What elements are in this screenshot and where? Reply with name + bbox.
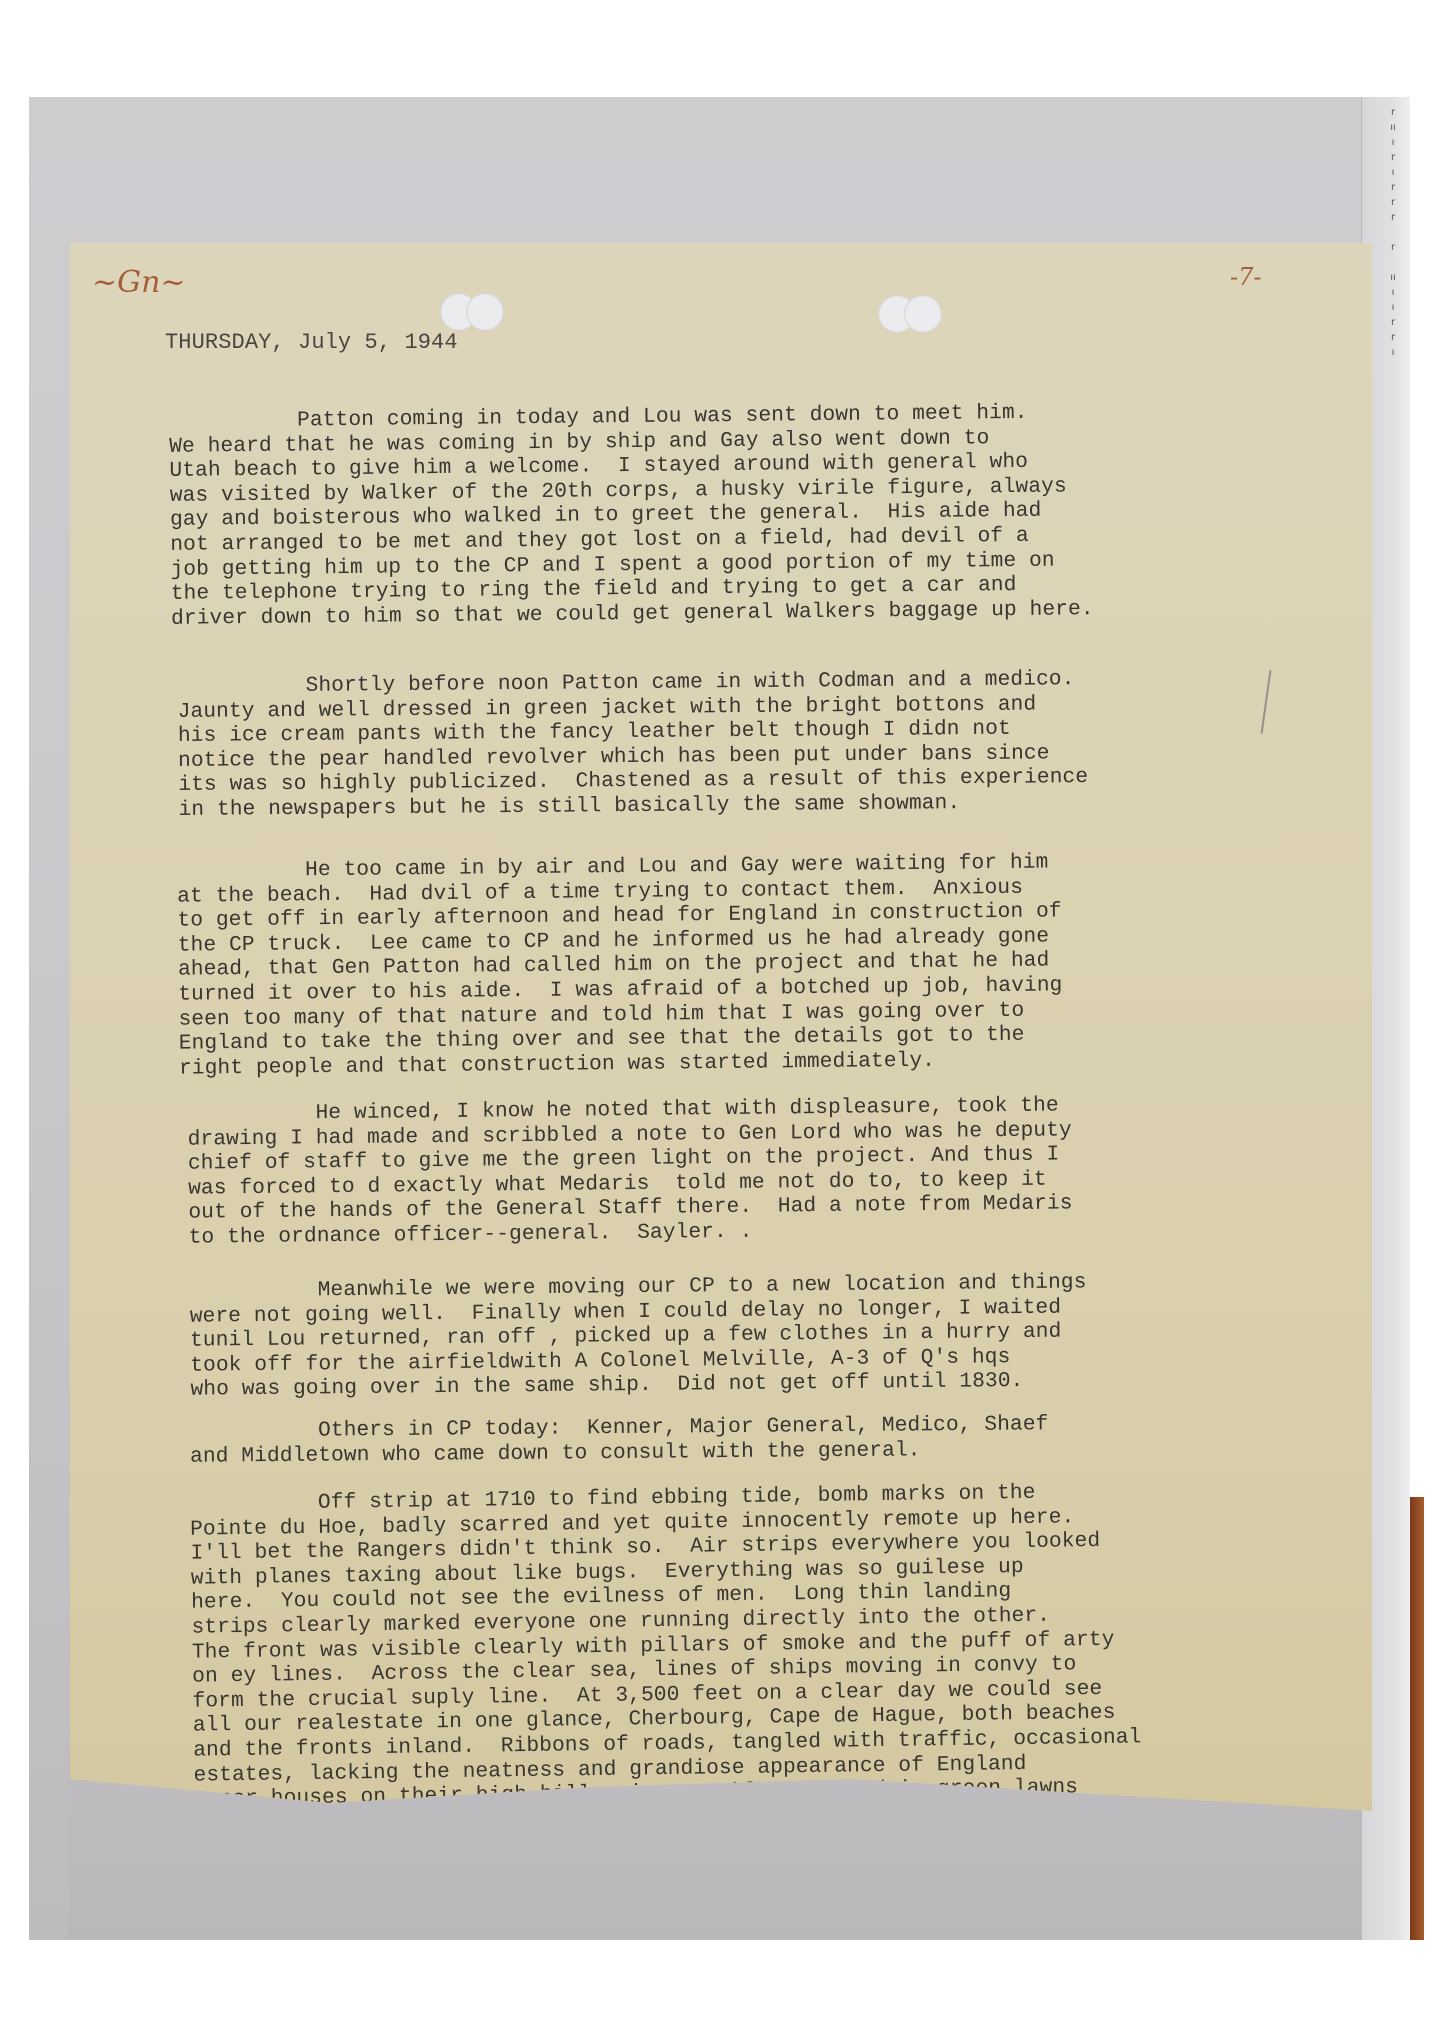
tab-mark: ı <box>1388 345 1398 360</box>
tab-mark: r <box>1388 240 1398 255</box>
tab-mark: ı <box>1388 135 1398 150</box>
tab-mark: ı <box>1388 165 1398 180</box>
paragraph-7: Off strip at 1710 to find ebbing tide, b… <box>190 1479 1143 1837</box>
tab-mark: ı <box>1388 300 1398 315</box>
index-tab-marks: rııırırrr r ıııırrı <box>1388 105 1398 360</box>
paragraph-2: Shortly before noon Patton came in with … <box>177 667 1088 822</box>
tab-mark: r <box>1388 150 1398 165</box>
tab-mark: r <box>1388 210 1398 225</box>
date-heading: THURSDAY, July 5, 1944 <box>165 331 458 356</box>
paragraph-3: He too came in by air and Lou and Gay we… <box>177 850 1063 1081</box>
tab-mark <box>1388 255 1398 270</box>
tab-mark: r <box>1388 195 1398 210</box>
tab-mark: r <box>1388 315 1398 330</box>
tab-mark: r <box>1388 105 1398 120</box>
typewritten-page: ~Gn~ -7- THURSDAY, July 5, 1944 Patton c… <box>70 243 1372 1843</box>
tab-mark: r <box>1388 330 1398 345</box>
tab-mark: ıı <box>1388 120 1398 135</box>
wood-edge <box>1410 1497 1424 1940</box>
punch-hole-right-b <box>904 295 942 333</box>
tab-mark: ı <box>1388 285 1398 300</box>
paragraph-5: Meanwhile we were moving our CP to a new… <box>189 1270 1087 1402</box>
handwritten-page-number: -7- <box>1230 263 1262 291</box>
punch-hole-left-b <box>466 293 504 331</box>
paragraph-1: Patton coming in today and Lou was sent … <box>169 400 1094 631</box>
tab-mark: r <box>1388 180 1398 195</box>
handwritten-initials: ~Gn~ <box>92 265 186 300</box>
paragraph-6: Others in CP today: Kenner, Major Genera… <box>190 1412 1049 1469</box>
paragraph-4: He winced, I know he noted that with dis… <box>187 1093 1073 1250</box>
margin-pencil-mark <box>1261 670 1272 734</box>
tab-mark: ıı <box>1388 270 1398 285</box>
tab-mark <box>1388 225 1398 240</box>
